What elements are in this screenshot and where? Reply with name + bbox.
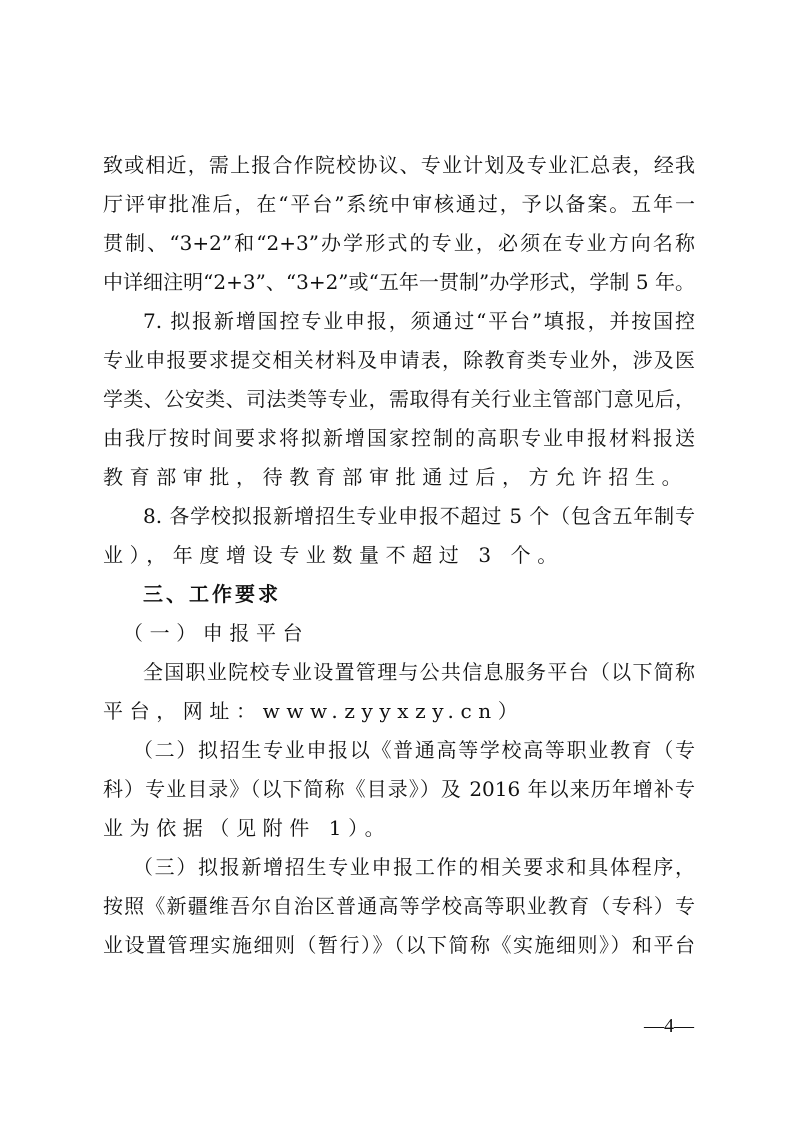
text-line: 8. 各学校拟报新增招生专业申报不超过 5 个（包含五年制专	[103, 497, 695, 536]
text-line: 业），年度增设专业数量不超过 3 个。	[103, 536, 695, 575]
text-line: 由我厅按时间要求将拟新增国家控制的高职专业申报材料报送	[103, 419, 695, 458]
page-number: —4—	[644, 1015, 694, 1038]
text-line: 科）专业目录》（以下简称《目录》）及 2016 年以来历年增补专	[103, 770, 695, 809]
paragraph-sub-3: （三）拟报新增招生专业申报工作的相关要求和具体程序， 按照《新疆维吾尔自治区普通…	[103, 848, 695, 965]
text-line: 致或相近，需上报合作院校协议、专业计划及专业汇总表，经我	[103, 146, 695, 185]
paragraph-sub-2: （二）拟招生专业申报以《普通高等学校高等职业教育（专 科）专业目录》（以下简称《…	[103, 731, 695, 848]
document-page: 致或相近，需上报合作院校协议、专业计划及专业汇总表，经我 厅评审批准后，在“平台…	[103, 146, 695, 965]
text-line: 业为依据（见附件 1）。	[103, 809, 695, 848]
heading-text: 三、工作要求	[103, 575, 695, 614]
text-line: 厅评审批准后，在“平台”系统中审核通过，予以备案。五年一	[103, 185, 695, 224]
text-line: 教育部审批，待教育部审批通过后，方允许招生。	[103, 458, 695, 497]
text-line: 全国职业院校专业设置管理与公共信息服务平台（以下简称	[103, 653, 695, 692]
paragraph-continuation: 致或相近，需上报合作院校协议、专业计划及专业汇总表，经我 厅评审批准后，在“平台…	[103, 146, 695, 302]
text-line: 平台，网址：www.zyyxzy.cn）	[103, 692, 695, 731]
text-line: （三）拟报新增招生专业申报工作的相关要求和具体程序，	[103, 848, 695, 887]
paragraph-platform: 全国职业院校专业设置管理与公共信息服务平台（以下简称 平台，网址：www.zyy…	[103, 653, 695, 731]
text-line: 7. 拟报新增国控专业申报，须通过“平台”填报，并按国控	[103, 302, 695, 341]
section-heading-work-requirements: 三、工作要求	[103, 575, 695, 614]
text-line: 业设置管理实施细则（暂行）》（以下简称《实施细则》）和平台	[103, 926, 695, 965]
paragraph-item-7: 7. 拟报新增国控专业申报，须通过“平台”填报，并按国控 专业申报要求提交相关材…	[103, 302, 695, 497]
text-line: 贯制、“3+2”和“2+3”办学形式的专业，必须在专业方向名称	[103, 224, 695, 263]
text-line: 学类、公安类、司法类等专业，需取得有关行业主管部门意见后，	[103, 380, 695, 419]
paragraph-item-8: 8. 各学校拟报新增招生专业申报不超过 5 个（包含五年制专 业），年度增设专业…	[103, 497, 695, 575]
subheading-text: （一）申报平台	[103, 614, 695, 653]
text-line: 按照《新疆维吾尔自治区普通高等学校高等职业教育（专科）专	[103, 887, 695, 926]
text-line: 专业申报要求提交相关材料及申请表，除教育类专业外，涉及医	[103, 341, 695, 380]
text-line: （二）拟招生专业申报以《普通高等学校高等职业教育（专	[103, 731, 695, 770]
text-line: 中详细注明“2+3”、“3+2”或“五年一贯制”办学形式，学制 5 年。	[103, 263, 695, 302]
subheading-platform: （一）申报平台	[103, 614, 695, 653]
